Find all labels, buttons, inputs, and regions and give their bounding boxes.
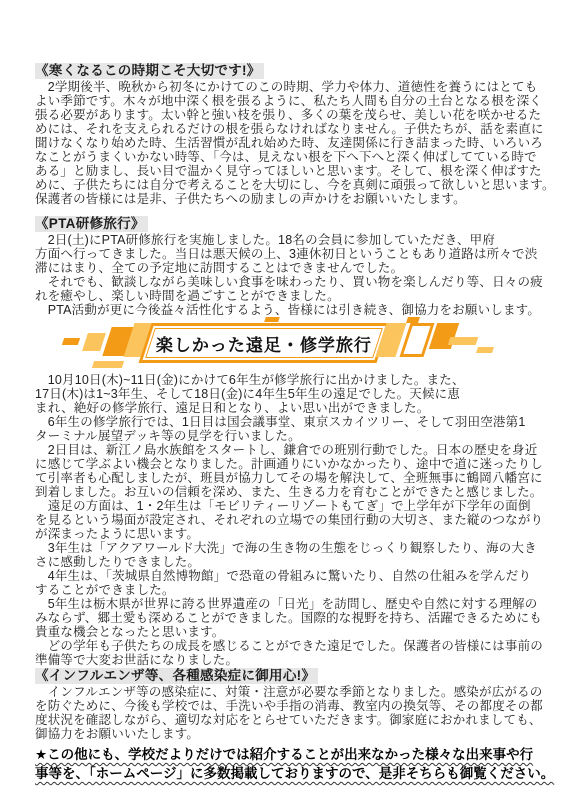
text-line: 5年生は栃木県が世界に誇る世界遺産の「日光」を訪問し、歴史や自然に対する理解の [35, 597, 540, 611]
text-line: PTA活動が更に今後益々活性化するよう、皆様には引き続き、御協力をお願いします。 [35, 303, 540, 317]
text-line: 2日目は、新江ノ島水族館をスタートし、鎌倉での班別行動でした。日本の歴史を身近 [35, 443, 540, 457]
text-line: みならず、郷土愛も深めることができました。国際的な視野を持ち、活躍できるためにも [35, 611, 540, 625]
text-line: 4年生は、「茨城県自然博物館」で恐竜の骨組みに驚いたり、自然の仕組みを学んだり [35, 569, 540, 583]
banner-decor-underdash-left [92, 361, 124, 368]
trip-banner-box: 楽しかった遠足・修学旅行 [139, 323, 390, 363]
text-line: どの学年も子供たちの成長を感じることができた遠足でした。保護者の皆様には事前の [35, 639, 540, 653]
text-line: インフルエンザ等の感染症に、対策・注意が必要な季節となりました。感染が広がるの [35, 685, 540, 699]
text-line: ある」と励まし、長い目で温かく見守ってほしいと思います。そして、根を深く伸ばすた [35, 164, 540, 178]
text-line: ★この他にも、学校だよりだけでは紹介することが出来なかった様々な出来事や行 [35, 745, 540, 764]
text-line: 貴重な機会となったと思います。 [35, 625, 540, 639]
text-line: よい季節です。木々が地中深く根を張るように、私たち人間も自分の土台となる根を深く [35, 94, 540, 108]
text-line: ターミナル展望デッキ等の見学を行いました。 [35, 429, 540, 443]
text-line: に感じて学ぶよい機会となりました。計画通りにいかなかったり、途中で道に迷ったりし [35, 457, 540, 471]
section-flu-body: インフルエンザ等の感染症に、対策・注意が必要な季節となりました。感染が広がるのを… [35, 685, 540, 741]
banner-decor-topdash-right [406, 317, 420, 323]
text-line: て引率者も心配しましたが、班員が協力してその場を解決して、全班無事に鶴岡八幡宮に [35, 471, 540, 485]
text-line: 2学期後半、晩秋から初冬にかけてのこの時期、学力や体力、道徳性を養うにはとても [35, 80, 540, 94]
text-line: めに、子供たちには自分で考えることを大切にし、今を真剣に頑張って欲しいと思います… [35, 178, 540, 192]
text-line: 御協力をお願いいたします。 [35, 727, 540, 741]
text-line: 到着しました。お互いの信頼を深め、また、生きる力を育むことができたと感じました。 [35, 485, 540, 499]
text-line: 滞にはまり、全ての予定地に訪問することはできませんでした。 [35, 261, 540, 275]
text-line: 準備等で大変お世話になりました。 [35, 653, 540, 667]
section-winter-heading: 《寒くなるこの時期こそ大切です!》 [35, 63, 264, 79]
banner-decor-dash-right-2 [476, 347, 494, 353]
text-line: 張る必要があります。太い幹と強い枝を張り、多くの葉を茂らせ、美しい花を咲かせるた [35, 108, 540, 122]
banner-decor-square-left [82, 333, 106, 351]
banner-decor-dash-right-1 [448, 337, 479, 345]
text-line: それでも、歓談しながら美味しい食事を味わったり、買い物を楽しんだり等、日々の疲 [35, 275, 540, 289]
text-line: 事等を、「ホームページ」に多数掲載しておりますので、是非そちらも御覧ください。 [35, 764, 540, 783]
section-pta: 《PTA研修旅行》 2日(土)にPTA研修旅行を実施しました。18名の会員に参加… [35, 215, 540, 317]
text-line: 方面へ行ってきました。当日は悪天候の上、3連休初日ということもあり道路は所々で渋 [35, 247, 540, 261]
text-line: を見るという場面が設定され、それぞれの立場での集団行動の大切さ、また縦のつながり [35, 513, 540, 527]
text-line: 遠足の方面は、1・2年生は「モビリティーリゾートもてぎ」で上学年が下学年の面倒 [35, 499, 540, 513]
section-flu-heading: 《インフルエンザ等、各種感染症に御用心!》 [35, 668, 318, 684]
text-line: 聞けなくなり始めた時、生活習慣が乱れ始めた時、友達関係に行き詰まった時、いろいろ [35, 136, 540, 150]
text-line: 10月10日(木)~11日(金)にかけて6年生が修学旅行に出かけました。また、 [35, 373, 540, 387]
banner-decor-block-right [429, 323, 459, 349]
text-line: 6年生の修学旅行では、1日目は国会議事堂、東京スカイツリー、そして羽田空港第1 [35, 415, 540, 429]
text-line: が深まったように思います。 [35, 527, 540, 541]
section-flu: 《インフルエンザ等、各種感染症に御用心!》 インフルエンザ等の感染症に、対策・注… [35, 667, 540, 741]
newsletter-page: 《寒くなるこの時期こそ大切です!》 2学期後半、晩秋から初冬にかけてのこの時期、… [0, 0, 566, 800]
text-line: することができました。 [35, 583, 540, 597]
text-line: 保護者の皆様には是非、子供たちへの励ましの声かけをお願いいたします。 [35, 192, 540, 206]
banner-decor-topdash [264, 317, 280, 322]
section-trip-body: 10月10日(木)~11日(金)にかけて6年生が修学旅行に出かけました。また、1… [35, 373, 540, 667]
trip-banner: 楽しかった遠足・修学旅行 [35, 321, 540, 367]
text-line: まれ、絶好の修学旅行、遠足日和となり、よい思い出ができました。 [35, 401, 540, 415]
section-trip: 10月10日(木)~11日(金)にかけて6年生が修学旅行に出かけました。また、1… [35, 373, 540, 667]
text-line: めには、それを支えられるだけの根を張らなければなりません。子供たちが、話を素直に [35, 122, 540, 136]
text-line: を防ぐために、今後も学校では、手洗いや手指の消毒、教室内の換気等、その都度その都 [35, 699, 540, 713]
text-line: 17日(木)は1~3年生、そして18日(金)に4年生5年生の遠足でした。天候に恵 [35, 387, 540, 401]
text-line: なことがうまくいかない時等、「今は、見えない根を下へ下へと深く伸ばしてている時で [35, 150, 540, 164]
text-line: 3年生は「アクアワールド大洗」で海の生き物の生態をじっくり観察したり、海の大き [35, 541, 540, 555]
trip-banner-title: 楽しかった遠足・修学旅行 [156, 331, 372, 356]
section-winter: 《寒くなるこの時期こそ大切です!》 2学期後半、晩秋から初冬にかけてのこの時期、… [35, 62, 540, 206]
section-pta-body: 2日(土)にPTA研修旅行を実施しました。18名の会員に参加していただき、甲府方… [35, 233, 540, 317]
section-pta-heading: 《PTA研修旅行》 [35, 216, 148, 232]
homepage-note: ★この他にも、学校だよりだけでは紹介することが出来なかった様々な出来事や行事等を… [35, 745, 540, 783]
text-line: さに感動したりできました。 [35, 555, 540, 569]
text-line: 度状況を確認しながら、適切な対応をとらせていただきます。御家庭におかれましても、 [35, 713, 540, 727]
text-line: れを癒やし、楽しい時間を過ごすことができました。 [35, 289, 540, 303]
text-line: 2日(土)にPTA研修旅行を実施しました。18名の会員に参加していただき、甲府 [35, 233, 540, 247]
banner-decor-dash-left [62, 338, 80, 345]
section-winter-body: 2学期後半、晩秋から初冬にかけてのこの時期、学力や体力、道徳性を養うにはとてもよ… [35, 80, 540, 206]
